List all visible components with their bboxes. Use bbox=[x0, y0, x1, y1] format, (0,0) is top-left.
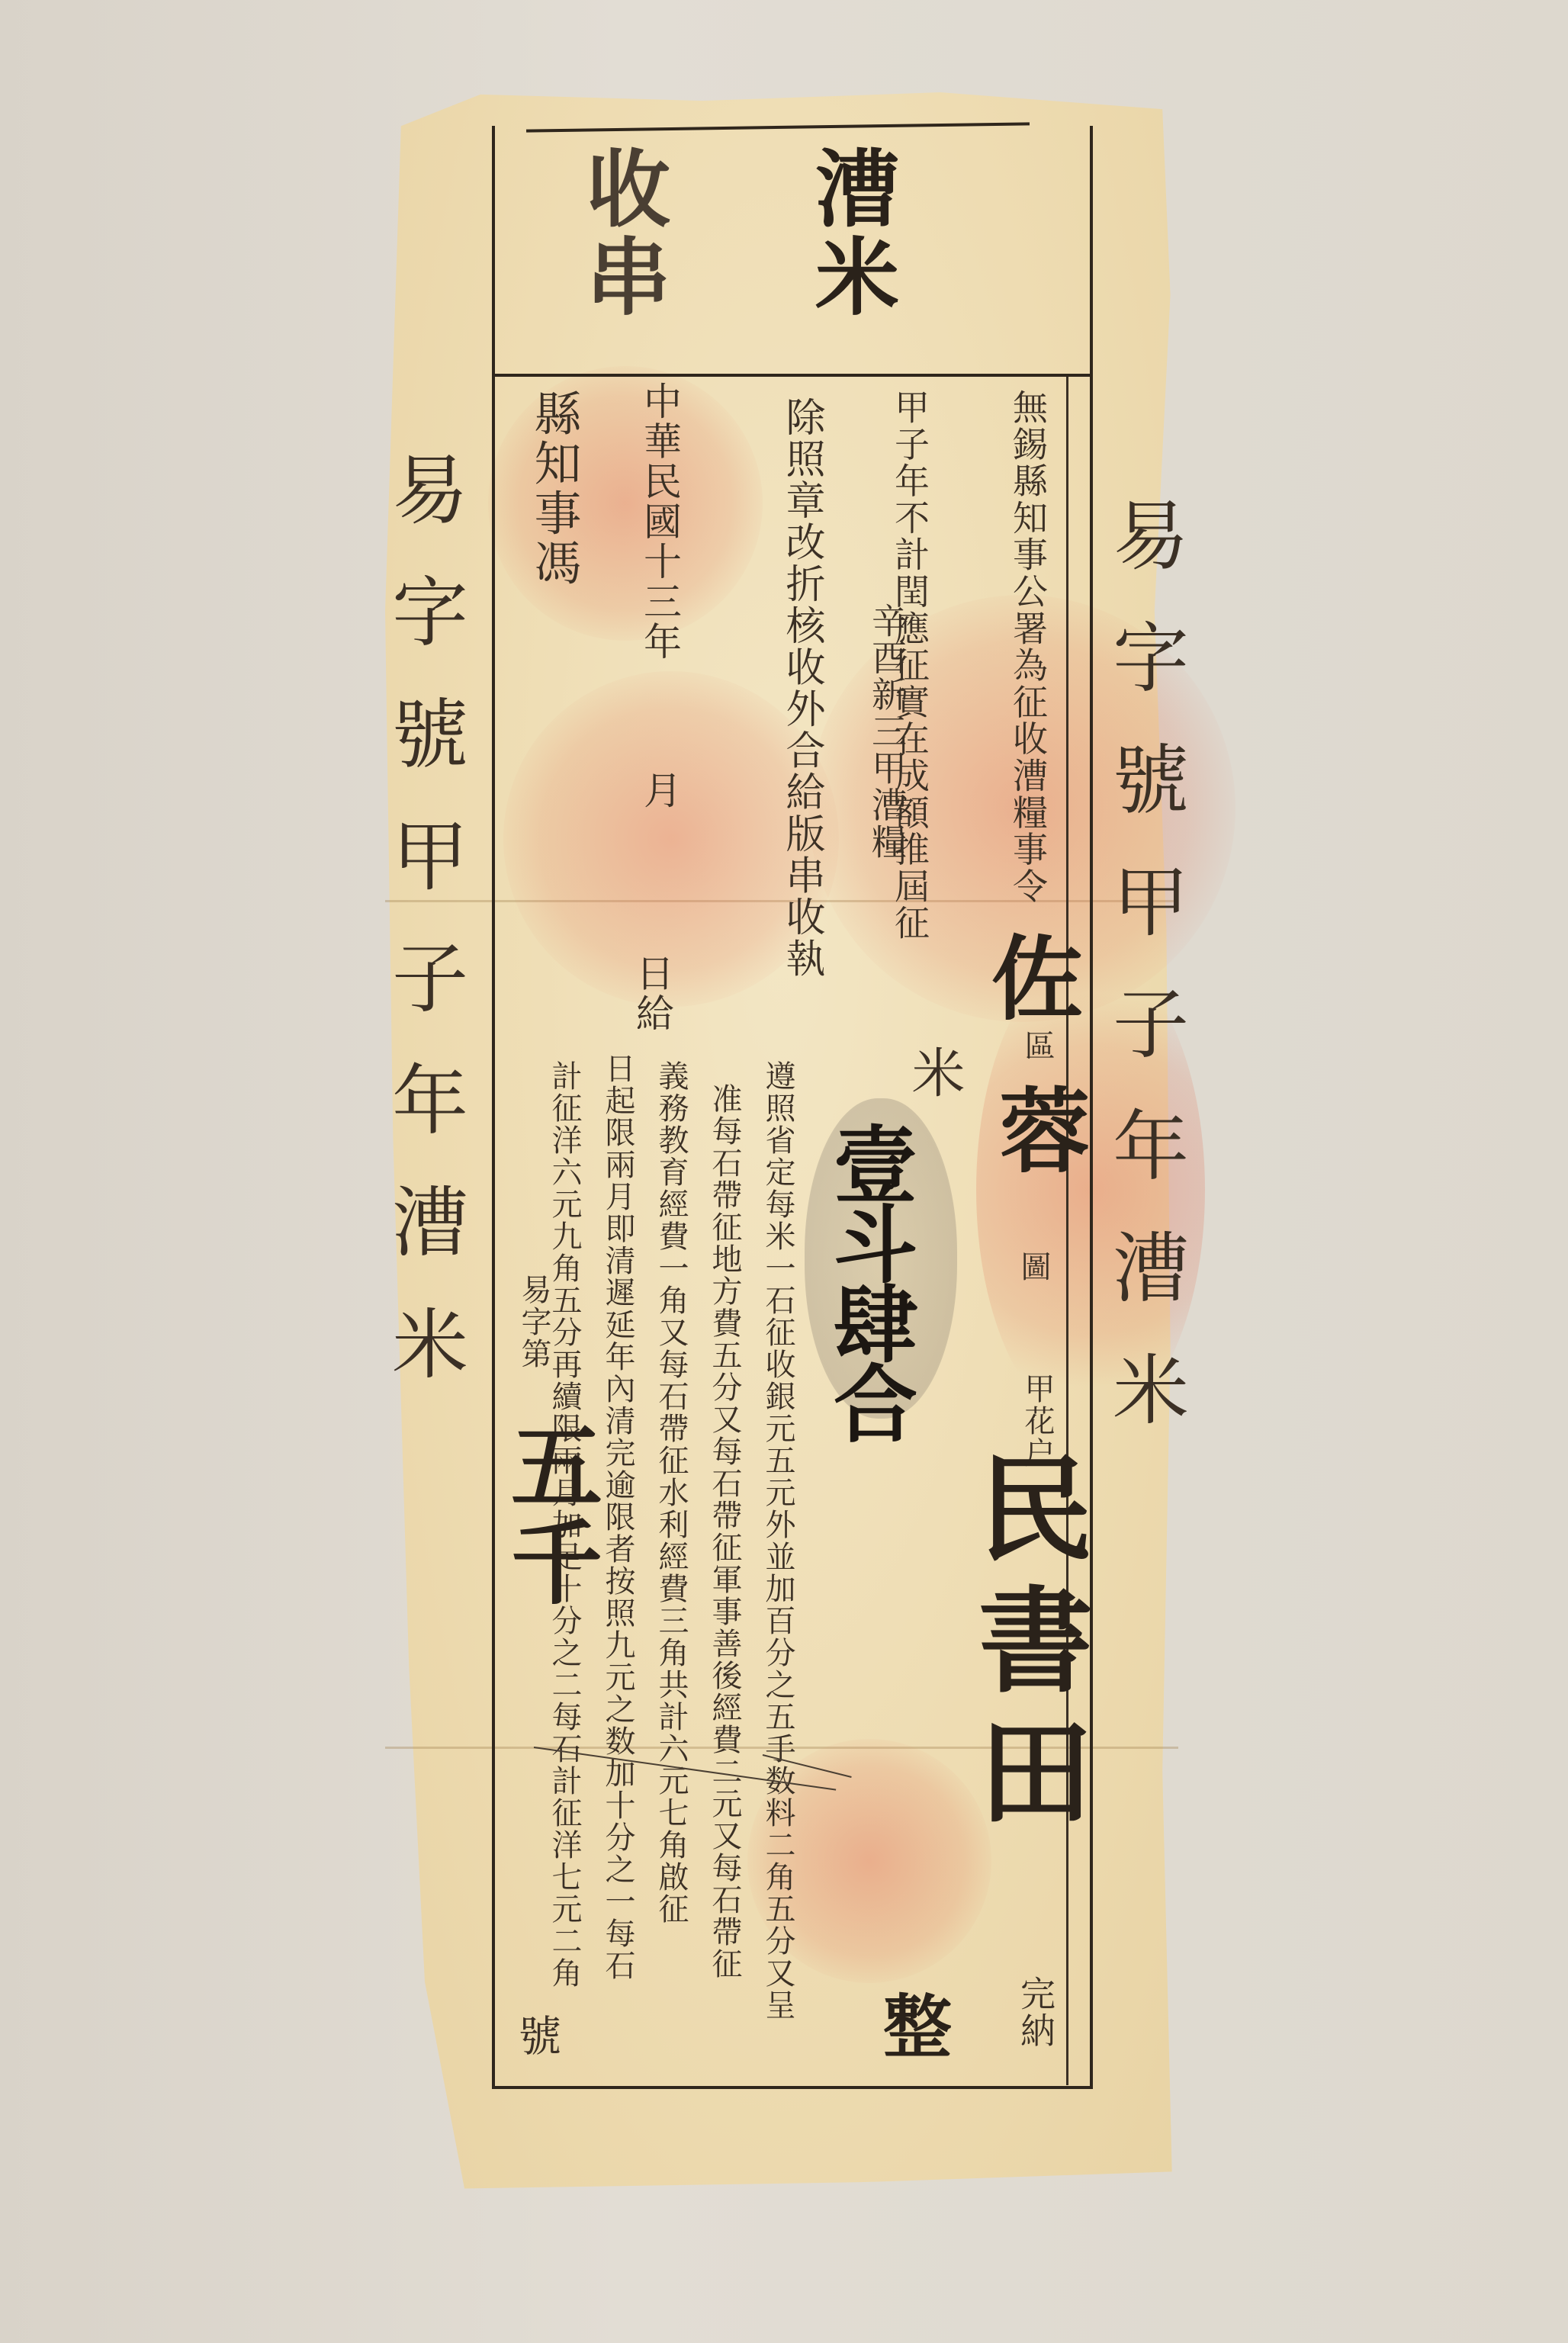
paid-label: 完納 bbox=[1018, 1975, 1053, 2049]
regulation-line-2: 准每石帶征地方費五分又每石帶征軍事善後經費二元又每石帶征 bbox=[709, 1083, 740, 1980]
header-title-receipt: 收串 bbox=[580, 145, 664, 321]
header-rule bbox=[492, 374, 1090, 377]
magistrate-column: 縣知事馮 bbox=[530, 389, 577, 587]
amount-stamp: 壹斗肆合 bbox=[808, 1121, 929, 1440]
grain-prefix: 米 bbox=[908, 1045, 961, 1101]
stub-right: 易字號甲子年漕米 bbox=[1106, 496, 1182, 1472]
district-label: 圖 bbox=[1018, 1251, 1049, 1283]
date-month: 月 bbox=[641, 770, 679, 811]
serial-number-handwritten: 五千 bbox=[503, 1419, 595, 1611]
regulation-line-3: 義務教育經費一角又每石帶征水利經費三角共計六元七角啟征 bbox=[656, 1060, 686, 1925]
serial-prefix: 易字第 bbox=[519, 1274, 549, 1370]
header-title-grain: 漕米 bbox=[808, 145, 892, 321]
issuer-column: 無錫縣知事公署為征收漕糧事令 bbox=[1011, 389, 1046, 905]
instruction-column-1b: 辛酉新三甲漕糧 bbox=[869, 603, 904, 860]
township-label: 區 bbox=[1022, 1030, 1052, 1062]
instruction-column-2: 除照章改折核收外合給版串收執 bbox=[782, 397, 821, 979]
date-column: 中華民國十三年 bbox=[641, 381, 679, 662]
date-day: 日給 bbox=[633, 953, 671, 1033]
stub-left: 易字號甲子年漕米 bbox=[385, 450, 461, 1426]
serial-suffix: 號 bbox=[515, 2014, 557, 2059]
township-handwritten: 佐 bbox=[984, 930, 1075, 1027]
regulation-line-4: 日起限兩月即清遲延年內清完逾限者按照九元之数加十分之一每石 bbox=[602, 1053, 633, 1981]
district-handwritten: 蓉 bbox=[991, 1083, 1083, 1179]
regulation-line-1: 遵照省定每米一石征收銀元五元外並加百分之五手数料二角五分又呈 bbox=[763, 1060, 793, 2021]
whole-character: 整 bbox=[877, 1991, 946, 2063]
payer-name-handwritten: 民書田 bbox=[969, 1449, 1083, 1844]
